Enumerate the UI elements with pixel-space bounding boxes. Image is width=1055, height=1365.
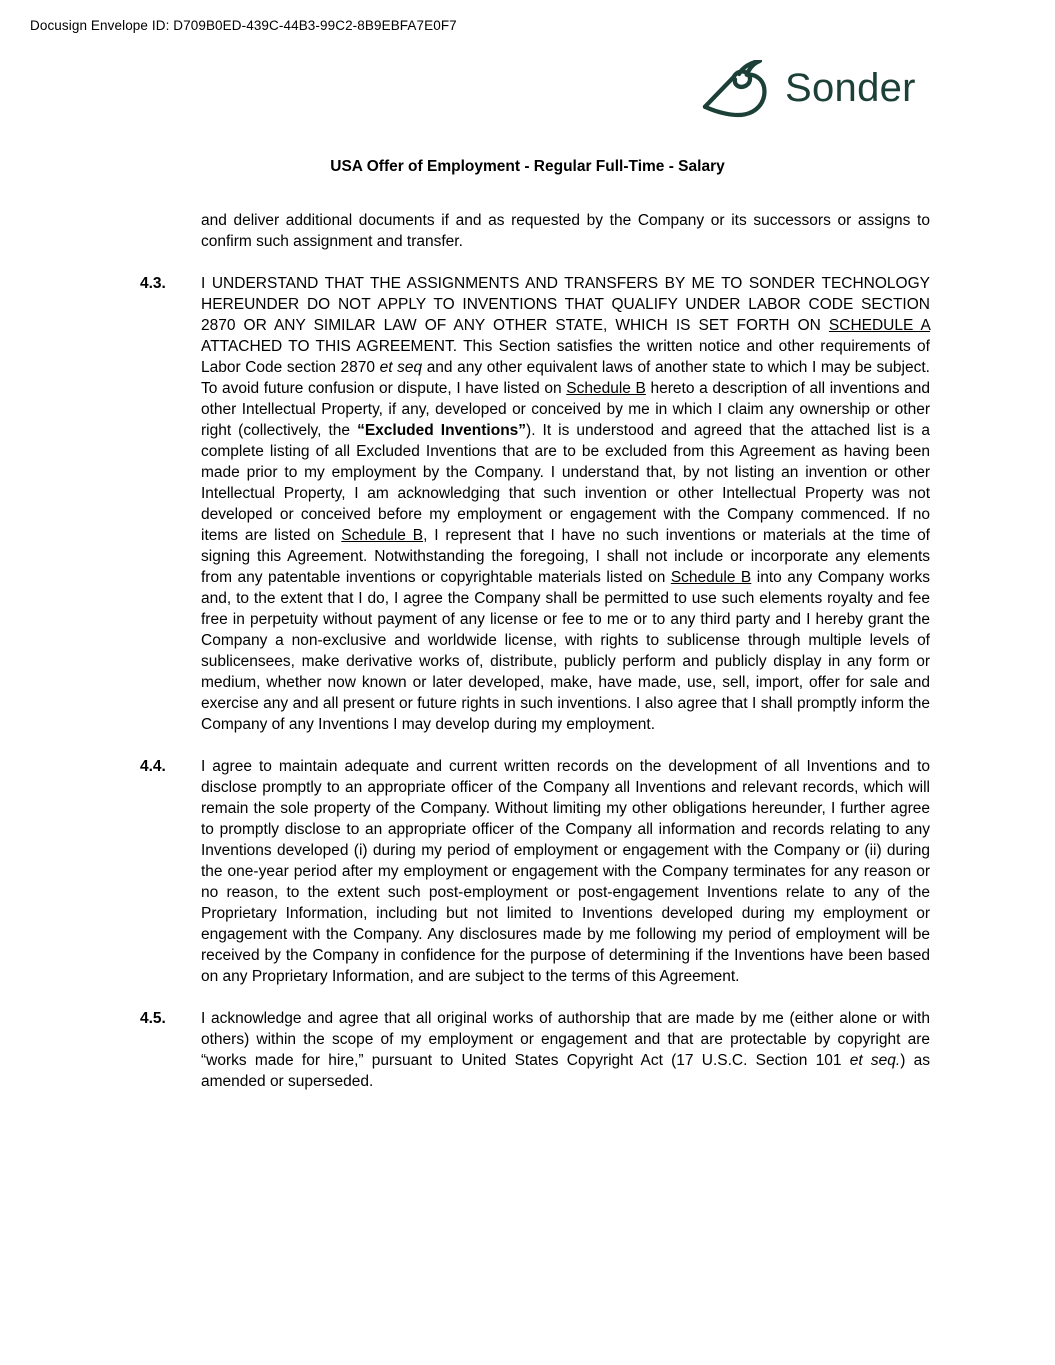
section-number: 4.4.: [140, 756, 201, 987]
paragraph-text: I acknowledge and agree that all origina…: [201, 1008, 930, 1092]
sonder-logo: Sonder: [702, 60, 916, 119]
contract-paragraph: 4.5.I acknowledge and agree that all ori…: [140, 1008, 930, 1092]
document-page: Docusign Envelope ID: D709B0ED-439C-44B3…: [0, 0, 1055, 1365]
sonder-wordmark: Sonder: [785, 68, 916, 108]
contract-paragraph: 4.3.I UNDERSTAND THAT THE ASSIGNMENTS AN…: [140, 273, 930, 735]
document-body: and deliver additional documents if and …: [140, 210, 930, 1113]
contract-paragraph: and deliver additional documents if and …: [140, 210, 930, 252]
section-number: [140, 210, 201, 252]
paragraph-text: and deliver additional documents if and …: [201, 210, 930, 252]
section-number: 4.3.: [140, 273, 201, 735]
section-number: 4.5.: [140, 1008, 201, 1092]
contract-paragraph: 4.4.I agree to maintain adequate and cur…: [140, 756, 930, 987]
paragraph-text: I UNDERSTAND THAT THE ASSIGNMENTS AND TR…: [201, 273, 930, 735]
sonder-bird-icon: [702, 60, 769, 119]
document-title: USA Offer of Employment - Regular Full-T…: [0, 158, 1055, 176]
paragraph-text: I agree to maintain adequate and current…: [201, 756, 930, 987]
docusign-envelope-id: Docusign Envelope ID: D709B0ED-439C-44B3…: [30, 18, 457, 33]
